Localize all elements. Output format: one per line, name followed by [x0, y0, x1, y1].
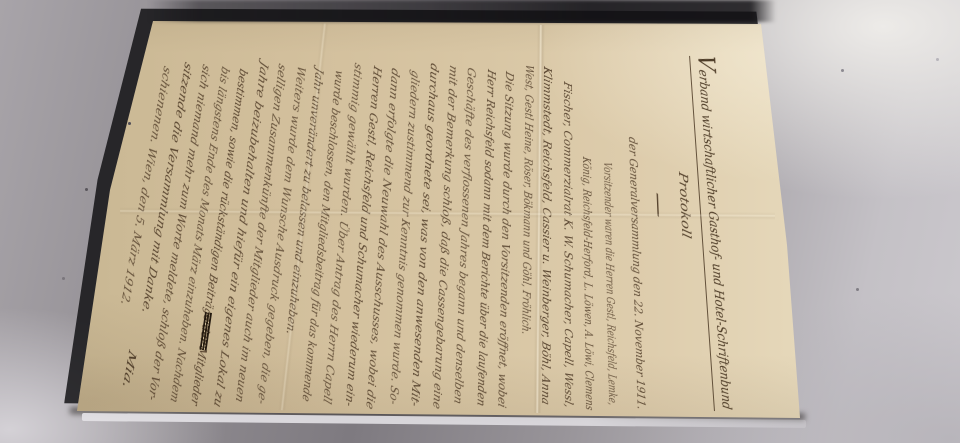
body-line-text: Vorsitzender waren die Herren Gestl, Rei… [602, 161, 619, 406]
signature-line: Mia. [120, 350, 138, 389]
heading-line: Verband wirtschaftlicher Gasthof- und Ho… [689, 54, 742, 411]
title-line-text: Protokoll [676, 171, 692, 240]
dateline-text: der Generalversammlung den 22. November … [626, 136, 646, 411]
photo-of-handwritten-letter: Verband wirtschaftlicher Gasthof- und Ho… [0, 0, 960, 443]
body-line-text: Klimmstedt, Reichsfeld, Cassier u. Weinb… [540, 66, 553, 407]
dust-speck [936, 58, 939, 61]
dateline: der Generalversammlung den 22. November … [626, 137, 646, 410]
dust-speck [128, 122, 131, 125]
separator-line-text: — [652, 189, 666, 221]
dust-speck [62, 277, 65, 280]
shadow-above-paper [148, 0, 776, 22]
signature-line-text: Mia. [121, 347, 138, 390]
body-line: König, Reichsfeld-Herford, L. Löwen, A. … [581, 157, 596, 410]
separator-line: — [652, 192, 666, 218]
dust-speck [85, 188, 88, 191]
body-line: Fischer, Commerzialrat K. W. Schumacher,… [562, 82, 575, 408]
heading-line-text: Verband wirtschaftlicher Gasthof- und Ho… [693, 52, 743, 411]
body-line: Herr Reichsfeld sodann mit dem Berichte … [475, 70, 497, 406]
body-line-text: Herr Reichsfeld sodann mit dem Berichte … [475, 68, 497, 407]
dust-speck [841, 69, 844, 72]
dust-speck [856, 288, 859, 291]
body-line-text: Fischer, Commerzialrat K. W. Schumacher,… [562, 81, 575, 410]
title-line: Protokoll [676, 172, 692, 238]
body-line: West, Gestl Heine, Röser, Bökmann und Gö… [520, 65, 535, 335]
body-line: Klimmstedt, Reichsfeld, Cassier u. Weinb… [540, 67, 553, 405]
body-line-text: König, Reichsfeld-Herford, L. Löwen, A. … [581, 156, 596, 411]
body-line: Die Sitzung wurde durch den Vorsitzenden… [496, 72, 515, 408]
body-line-text: West, Gestl Heine, Röser, Bökmann und Gö… [520, 64, 535, 336]
body-line-text: Die Sitzung wurde durch den Vorsitzenden… [496, 70, 515, 409]
body-line: Vorsitzender waren die Herren Gestl, Rei… [602, 162, 619, 406]
